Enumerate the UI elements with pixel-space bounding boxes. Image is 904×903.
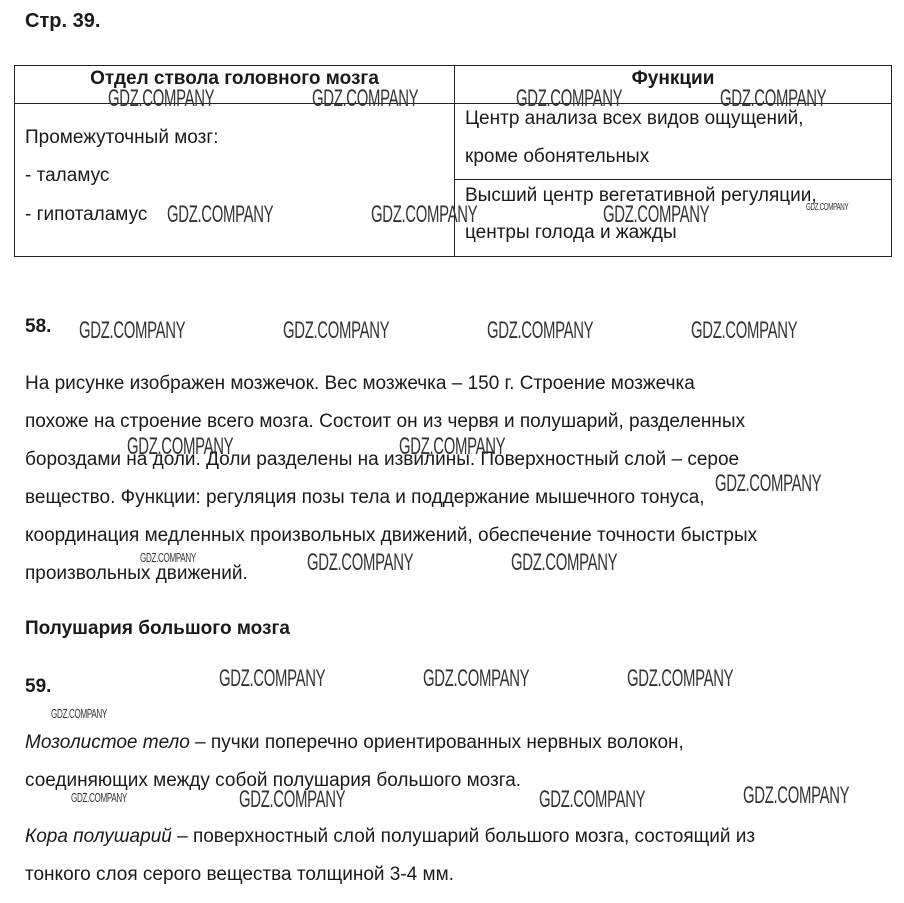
- table-cell-diencephalon: Промежуточный мозг:: [25, 119, 219, 157]
- section-title: Полушария большого мозга: [25, 618, 290, 640]
- task-59-number: 59.: [25, 676, 51, 698]
- definition-text: – поверхностный слой полушарий большого …: [172, 826, 755, 847]
- watermark: GDZ.COMPANY: [627, 665, 733, 693]
- watermark: GDZ.COMPANY: [691, 317, 797, 345]
- task-58-line-1: На рисунке изображен мозжечок. Вес мозже…: [25, 365, 695, 403]
- table-cell-thalamus: - таламус: [25, 157, 109, 195]
- page-label: Стр. 39.: [25, 10, 100, 33]
- table-cell-thalamus-function-2: кроме обонятельных: [465, 138, 649, 176]
- task-58-number: 58.: [25, 316, 51, 338]
- task-58-line-6: произвольных движений.: [25, 555, 248, 593]
- watermark: GDZ.COMPANY: [743, 782, 849, 810]
- table-cell-hypothalamus: - гипоталамус: [25, 196, 147, 234]
- watermark: GDZ.COMPANY: [51, 706, 107, 721]
- watermark: GDZ.COMPANY: [71, 790, 127, 805]
- watermark: GDZ.COMPANY: [715, 470, 821, 498]
- term-corpus-callosum: Мозолистое тело: [25, 732, 190, 753]
- watermark: GDZ.COMPANY: [511, 549, 617, 577]
- task-59-definition-1-line-1: Мозолистое тело – пучки поперечно ориент…: [25, 724, 684, 762]
- watermark: GDZ.COMPANY: [720, 85, 826, 113]
- watermark: GDZ.COMPANY: [423, 665, 529, 693]
- watermark: GDZ.COMPANY: [108, 85, 214, 113]
- watermark: GDZ.COMPANY: [167, 201, 273, 229]
- watermark: GDZ.COMPANY: [79, 317, 185, 345]
- watermark: GDZ.COMPANY: [487, 317, 593, 345]
- definition-text: – пучки поперечно ориентированных нервны…: [190, 732, 684, 753]
- watermark: GDZ.COMPANY: [239, 786, 345, 814]
- watermark: GDZ.COMPANY: [516, 85, 622, 113]
- watermark: GDZ.COMPANY: [219, 665, 325, 693]
- task-59-definition-2-line-1: Кора полушарий – поверхностный слой полу…: [25, 818, 755, 856]
- watermark: GDZ.COMPANY: [603, 201, 709, 229]
- watermark: GDZ.COMPANY: [539, 786, 645, 814]
- watermark: GDZ.COMPANY: [307, 549, 413, 577]
- task-59-definition-2-line-2: тонкого слоя серого вещества толщиной 3-…: [25, 856, 454, 894]
- watermark: GDZ.COMPANY: [283, 317, 389, 345]
- watermark: GDZ.COMPANY: [806, 202, 848, 213]
- task-58-line-4: вещество. Функции: регуляция позы тела и…: [25, 479, 705, 517]
- term-cerebral-cortex: Кора полушарий: [25, 826, 172, 847]
- watermark: GDZ.COMPANY: [371, 201, 477, 229]
- watermark: GDZ.COMPANY: [140, 550, 196, 565]
- watermark: GDZ.COMPANY: [312, 85, 418, 113]
- watermark: GDZ.COMPANY: [399, 433, 505, 461]
- watermark: GDZ.COMPANY: [127, 433, 233, 461]
